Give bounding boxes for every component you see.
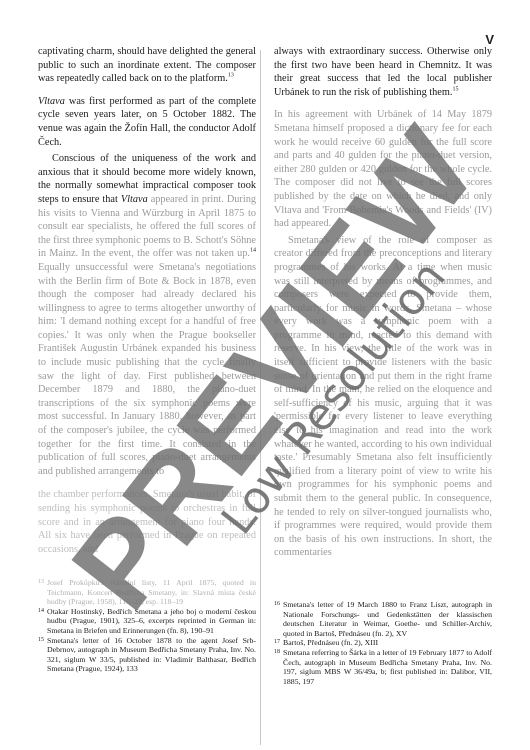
footnotes-left: 13Josef Prokůpků's Národní listy, 11 Apr… bbox=[38, 578, 256, 674]
paragraph: Smetana's view of the role of composer a… bbox=[274, 234, 492, 560]
footnote: 13Josef Prokůpků's Národní listy, 11 Apr… bbox=[38, 578, 256, 607]
paragraph: Vltava was first performed as part of th… bbox=[38, 95, 256, 149]
footnote: 15Smetana's letter of 16 October 1878 to… bbox=[38, 636, 256, 674]
column-divider bbox=[260, 50, 261, 745]
paragraph: captivating charm, should have delighted… bbox=[38, 45, 256, 86]
footnote: 16Smetana's letter of 19 March 1880 to F… bbox=[274, 600, 492, 638]
footnotes-right: 16Smetana's letter of 19 March 1880 to F… bbox=[274, 600, 492, 686]
right-column: always with extraordinary success. Other… bbox=[274, 45, 492, 567]
footnote: 18Smetana referring to Šárka in a letter… bbox=[274, 648, 492, 686]
footnote: 14Otakar Hostinský, Bedřich Smetana a je… bbox=[38, 607, 256, 636]
footnote: 17Bartoš, Přednáseu (fn. 2), XIII bbox=[274, 638, 492, 648]
paragraph: In his agreement with Urbánek of 14 May … bbox=[274, 108, 492, 230]
paragraph: the chamber performances. Smetana's usua… bbox=[38, 488, 256, 556]
left-column: captivating charm, should have delighted… bbox=[38, 45, 256, 563]
paragraph: Conscious of the uniqueness of the work … bbox=[38, 152, 256, 478]
paragraph: always with extraordinary success. Other… bbox=[274, 45, 492, 99]
